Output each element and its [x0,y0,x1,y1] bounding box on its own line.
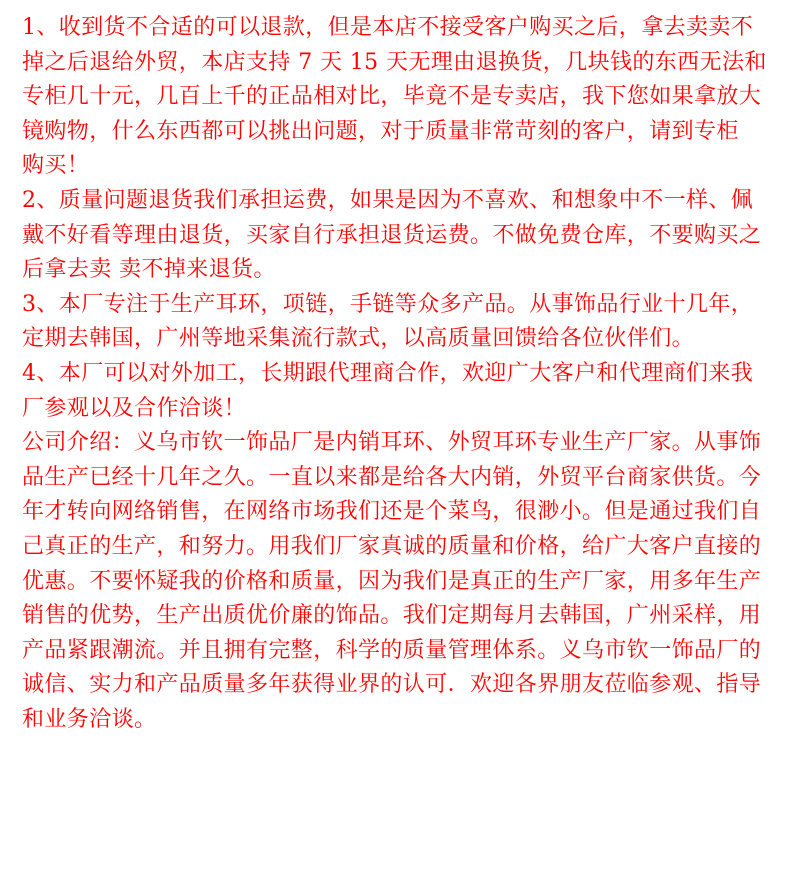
text-line: 产品紧跟潮流。并且拥有完整，科学的质量管理体系。义乌市钦一饰品厂的 [22,634,792,669]
text-line: 掉之后退给外贸，本店支持 7 天 15 天无理由退换货，几块钱的东西无法和 [22,46,792,81]
paragraph-company-intro: 公司介绍：义乌市钦一饰品厂是内销耳环、外贸耳环专业生产厂家。从事饰 品生产已经十… [22,426,792,737]
text-line: 购买！ [22,149,792,184]
text-line: 品生产已经十几年之久。一直以来都是给各大内销，外贸平台商家供货。今 [22,461,792,496]
text-line: 1、收到货不合适的可以退款，但是本店不接受客户购买之后，拿去卖卖不 [22,11,792,46]
text-line: 3、本厂专注于生产耳环，项链，手链等众多产品。从事饰品行业十几年， [22,288,792,323]
text-line: 戴不好看等理由退货，买家自行承担退货运费。不做免费仓库，不要购买之 [22,219,792,254]
text-line: 年才转向网络销售，在网络市场我们还是个菜鸟，很渺小。但是通过我们自 [22,495,792,530]
paragraph-policy-2: 2、质量问题退货我们承担运费，如果是因为不喜欢、和想象中不一样、佩 戴不好看等理… [22,184,792,288]
text-line: 公司介绍：义乌市钦一饰品厂是内销耳环、外贸耳环专业生产厂家。从事饰 [22,426,792,461]
paragraph-policy-3: 3、本厂专注于生产耳环，项链，手链等众多产品。从事饰品行业十几年， 定期去韩国，… [22,288,792,357]
text-line: 定期去韩国，广州等地采集流行款式，以高质量回馈给各位伙伴们。 [22,322,792,357]
paragraph-policy-4: 4、本厂可以对外加工，长期跟代理商合作，欢迎广大客户和代理商们来我 厂参观以及合… [22,357,792,426]
text-line: 己真正的生产，和努力。用我们厂家真诚的质量和价格，给广大客户直接的 [22,530,792,565]
text-line: 销售的优势，生产出质优价廉的饰品。我们定期每月去韩国，广州采样，用 [22,599,792,634]
text-line: 专柜几十元，几百上千的正品相对比，毕竟不是专卖店，我下您如果拿放大 [22,80,792,115]
text-line: 镜购物，什么东西都可以挑出问题，对于质量非常苛刻的客户，请到专柜 [22,115,792,150]
text-line: 诚信、实力和产品质量多年获得业界的认可．欢迎各界朋友莅临参观、指导 [22,668,792,703]
paragraph-policy-1: 1、收到货不合适的可以退款，但是本店不接受客户购买之后，拿去卖卖不 掉之后退给外… [22,11,792,184]
text-line: 厂参观以及合作洽谈！ [22,392,792,427]
text-line: 2、质量问题退货我们承担运费，如果是因为不喜欢、和想象中不一样、佩 [22,184,792,219]
text-line: 优惠。不要怀疑我的价格和质量，因为我们是真正的生产厂家，用多年生产 [22,565,792,600]
text-line: 和业务洽谈。 [22,703,792,738]
text-line: 4、本厂可以对外加工，长期跟代理商合作，欢迎广大客户和代理商们来我 [22,357,792,392]
store-policy-document: 1、收到货不合适的可以退款，但是本店不接受客户购买之后，拿去卖卖不 掉之后退给外… [22,11,792,737]
text-line: 后拿去卖 卖不掉来退货。 [22,253,792,288]
